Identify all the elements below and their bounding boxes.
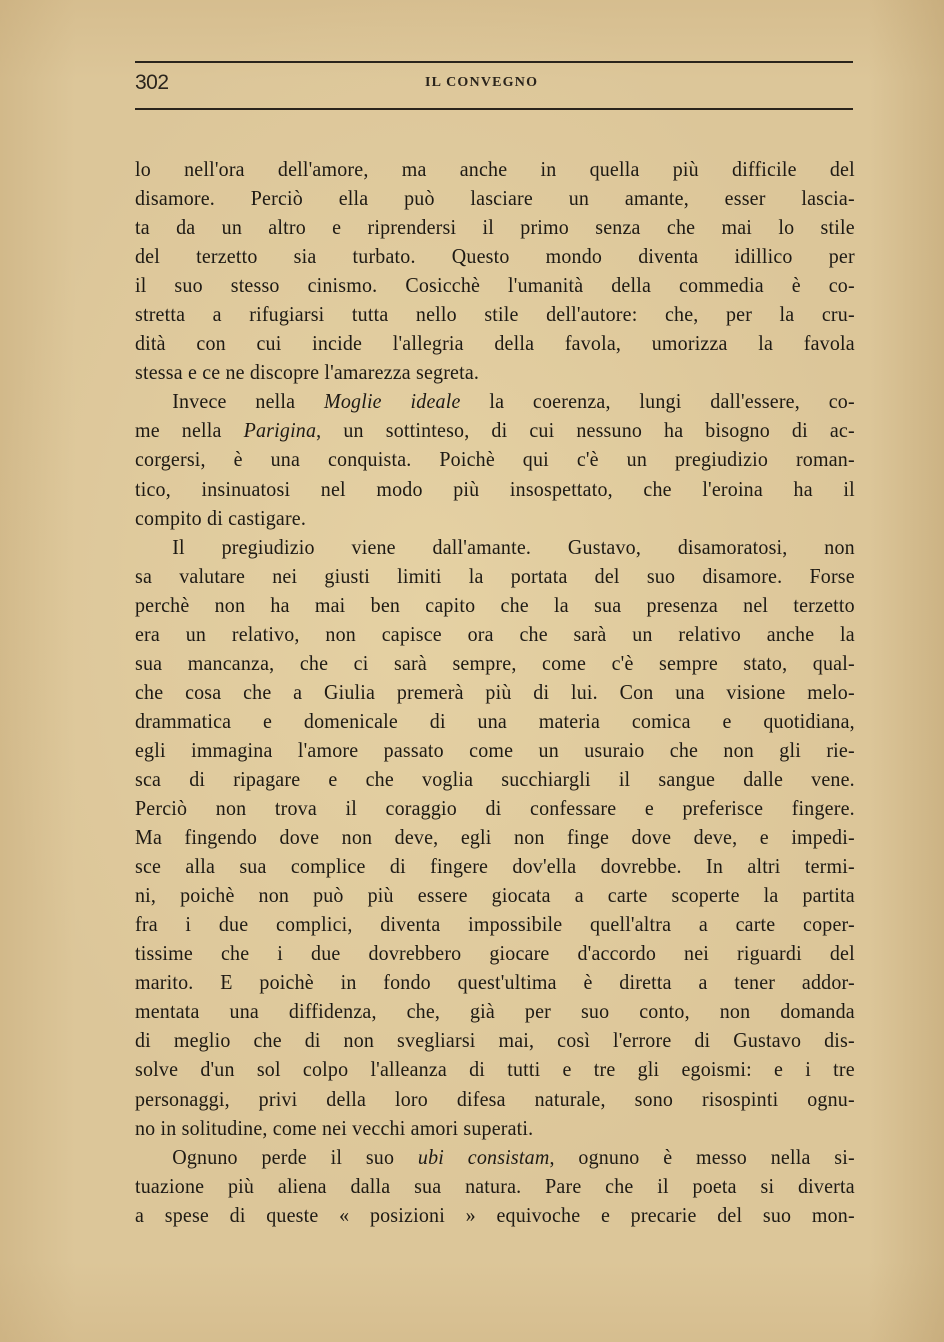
text-line: tissime che i due dovrebbero giocare d'a… — [135, 939, 855, 968]
text-line: di meglio che di non svegliarsi mai, cos… — [135, 1026, 855, 1055]
text-line: stretta a rifugiarsi tutta nello stile d… — [135, 300, 855, 329]
text-line: sua mancanza, che ci sarà sempre, come c… — [135, 649, 855, 678]
page-number: 302 — [135, 71, 169, 95]
text-line: sca di ripagare e che voglia succhiargli… — [135, 765, 855, 794]
text-line: era un relativo, non capisce ora che sar… — [135, 620, 855, 649]
book-page: 302 IL CONVEGNO lo nell'ora dell'amore, … — [0, 0, 944, 1342]
text-line: il suo stesso cinismo. Cosicchè l'umanit… — [135, 271, 855, 300]
text-line: ta da un altro e riprendersi il primo se… — [135, 213, 855, 242]
header-rule-top — [135, 61, 853, 63]
journal-title: IL CONVEGNO — [425, 75, 538, 91]
text-line: Il pregiudizio viene dall'amante. Gustav… — [135, 533, 855, 562]
italic-title: Parigina — [244, 418, 317, 442]
text-line: Invece nella Moglie ideale la coerenza, … — [135, 387, 855, 416]
text-line: me nella Parigina, un sottinteso, di cui… — [135, 416, 855, 445]
text-line: egli immagina l'amore passato come un us… — [135, 736, 855, 765]
text-line: compito di castigare. — [135, 504, 855, 533]
text-line: a spese di queste « posizioni » equivoch… — [135, 1201, 855, 1230]
text-line: Ognuno perde il suo ubi consistam, ognun… — [135, 1143, 855, 1172]
text-line: del terzetto sia turbato. Questo mondo d… — [135, 242, 855, 271]
text-line: Perciò non trova il coraggio di confessa… — [135, 794, 855, 823]
text-line: marito. E poichè in fondo quest'ultima è… — [135, 968, 855, 997]
text-line: ni, poichè non può più essere giocata a … — [135, 881, 855, 910]
text-line: personaggi, privi della loro difesa natu… — [135, 1085, 855, 1114]
text-line: lo nell'ora dell'amore, ma anche in quel… — [135, 155, 855, 184]
paragraph: Il pregiudizio viene dall'amante. Gustav… — [135, 533, 855, 1143]
text-line: mentata una diffidenza, che, già per suo… — [135, 997, 855, 1026]
text-line: sa valutare nei giusti limiti la portata… — [135, 562, 855, 591]
text-line: Ma fingendo dove non deve, egli non fing… — [135, 823, 855, 852]
text-line: stessa e ce ne discopre l'amarezza segre… — [135, 358, 855, 387]
paragraph: lo nell'ora dell'amore, ma anche in quel… — [135, 155, 855, 387]
text-line: corgersi, è una conquista. Poichè qui c'… — [135, 445, 855, 474]
text-line: tuazione più aliena dalla sua natura. Pa… — [135, 1172, 855, 1201]
text-line: dità con cui incide l'allegria della fav… — [135, 329, 855, 358]
text-line: solve d'un sol colpo l'alleanza di tutti… — [135, 1055, 855, 1084]
text-line: sce alla sua complice di fingere dov'ell… — [135, 852, 855, 881]
text-line: drammatica e domenicale di una materia c… — [135, 707, 855, 736]
italic-title: Moglie ideale — [324, 389, 461, 413]
text-line: disamore. Perciò ella può lasciare un am… — [135, 184, 855, 213]
running-head: 302 IL CONVEGNO — [135, 71, 853, 97]
header-rule-bottom — [135, 108, 853, 110]
text-line: che cosa che a Giulia premerà più di lui… — [135, 678, 855, 707]
text-line: fra i due complici, diventa impossibile … — [135, 910, 855, 939]
body-text: lo nell'ora dell'amore, ma anche in quel… — [135, 155, 855, 1230]
paragraph: Ognuno perde il suo ubi consistam, ognun… — [135, 1143, 855, 1230]
text-line: perchè non ha mai ben capito che la sua … — [135, 591, 855, 620]
paragraph: Invece nella Moglie ideale la coerenza, … — [135, 387, 855, 532]
text-line: tico, insinuatosi nel modo più insospett… — [135, 475, 855, 504]
text-line: no in solitudine, come nei vecchi amori … — [135, 1114, 855, 1143]
italic-title: ubi consistam — [418, 1145, 550, 1169]
